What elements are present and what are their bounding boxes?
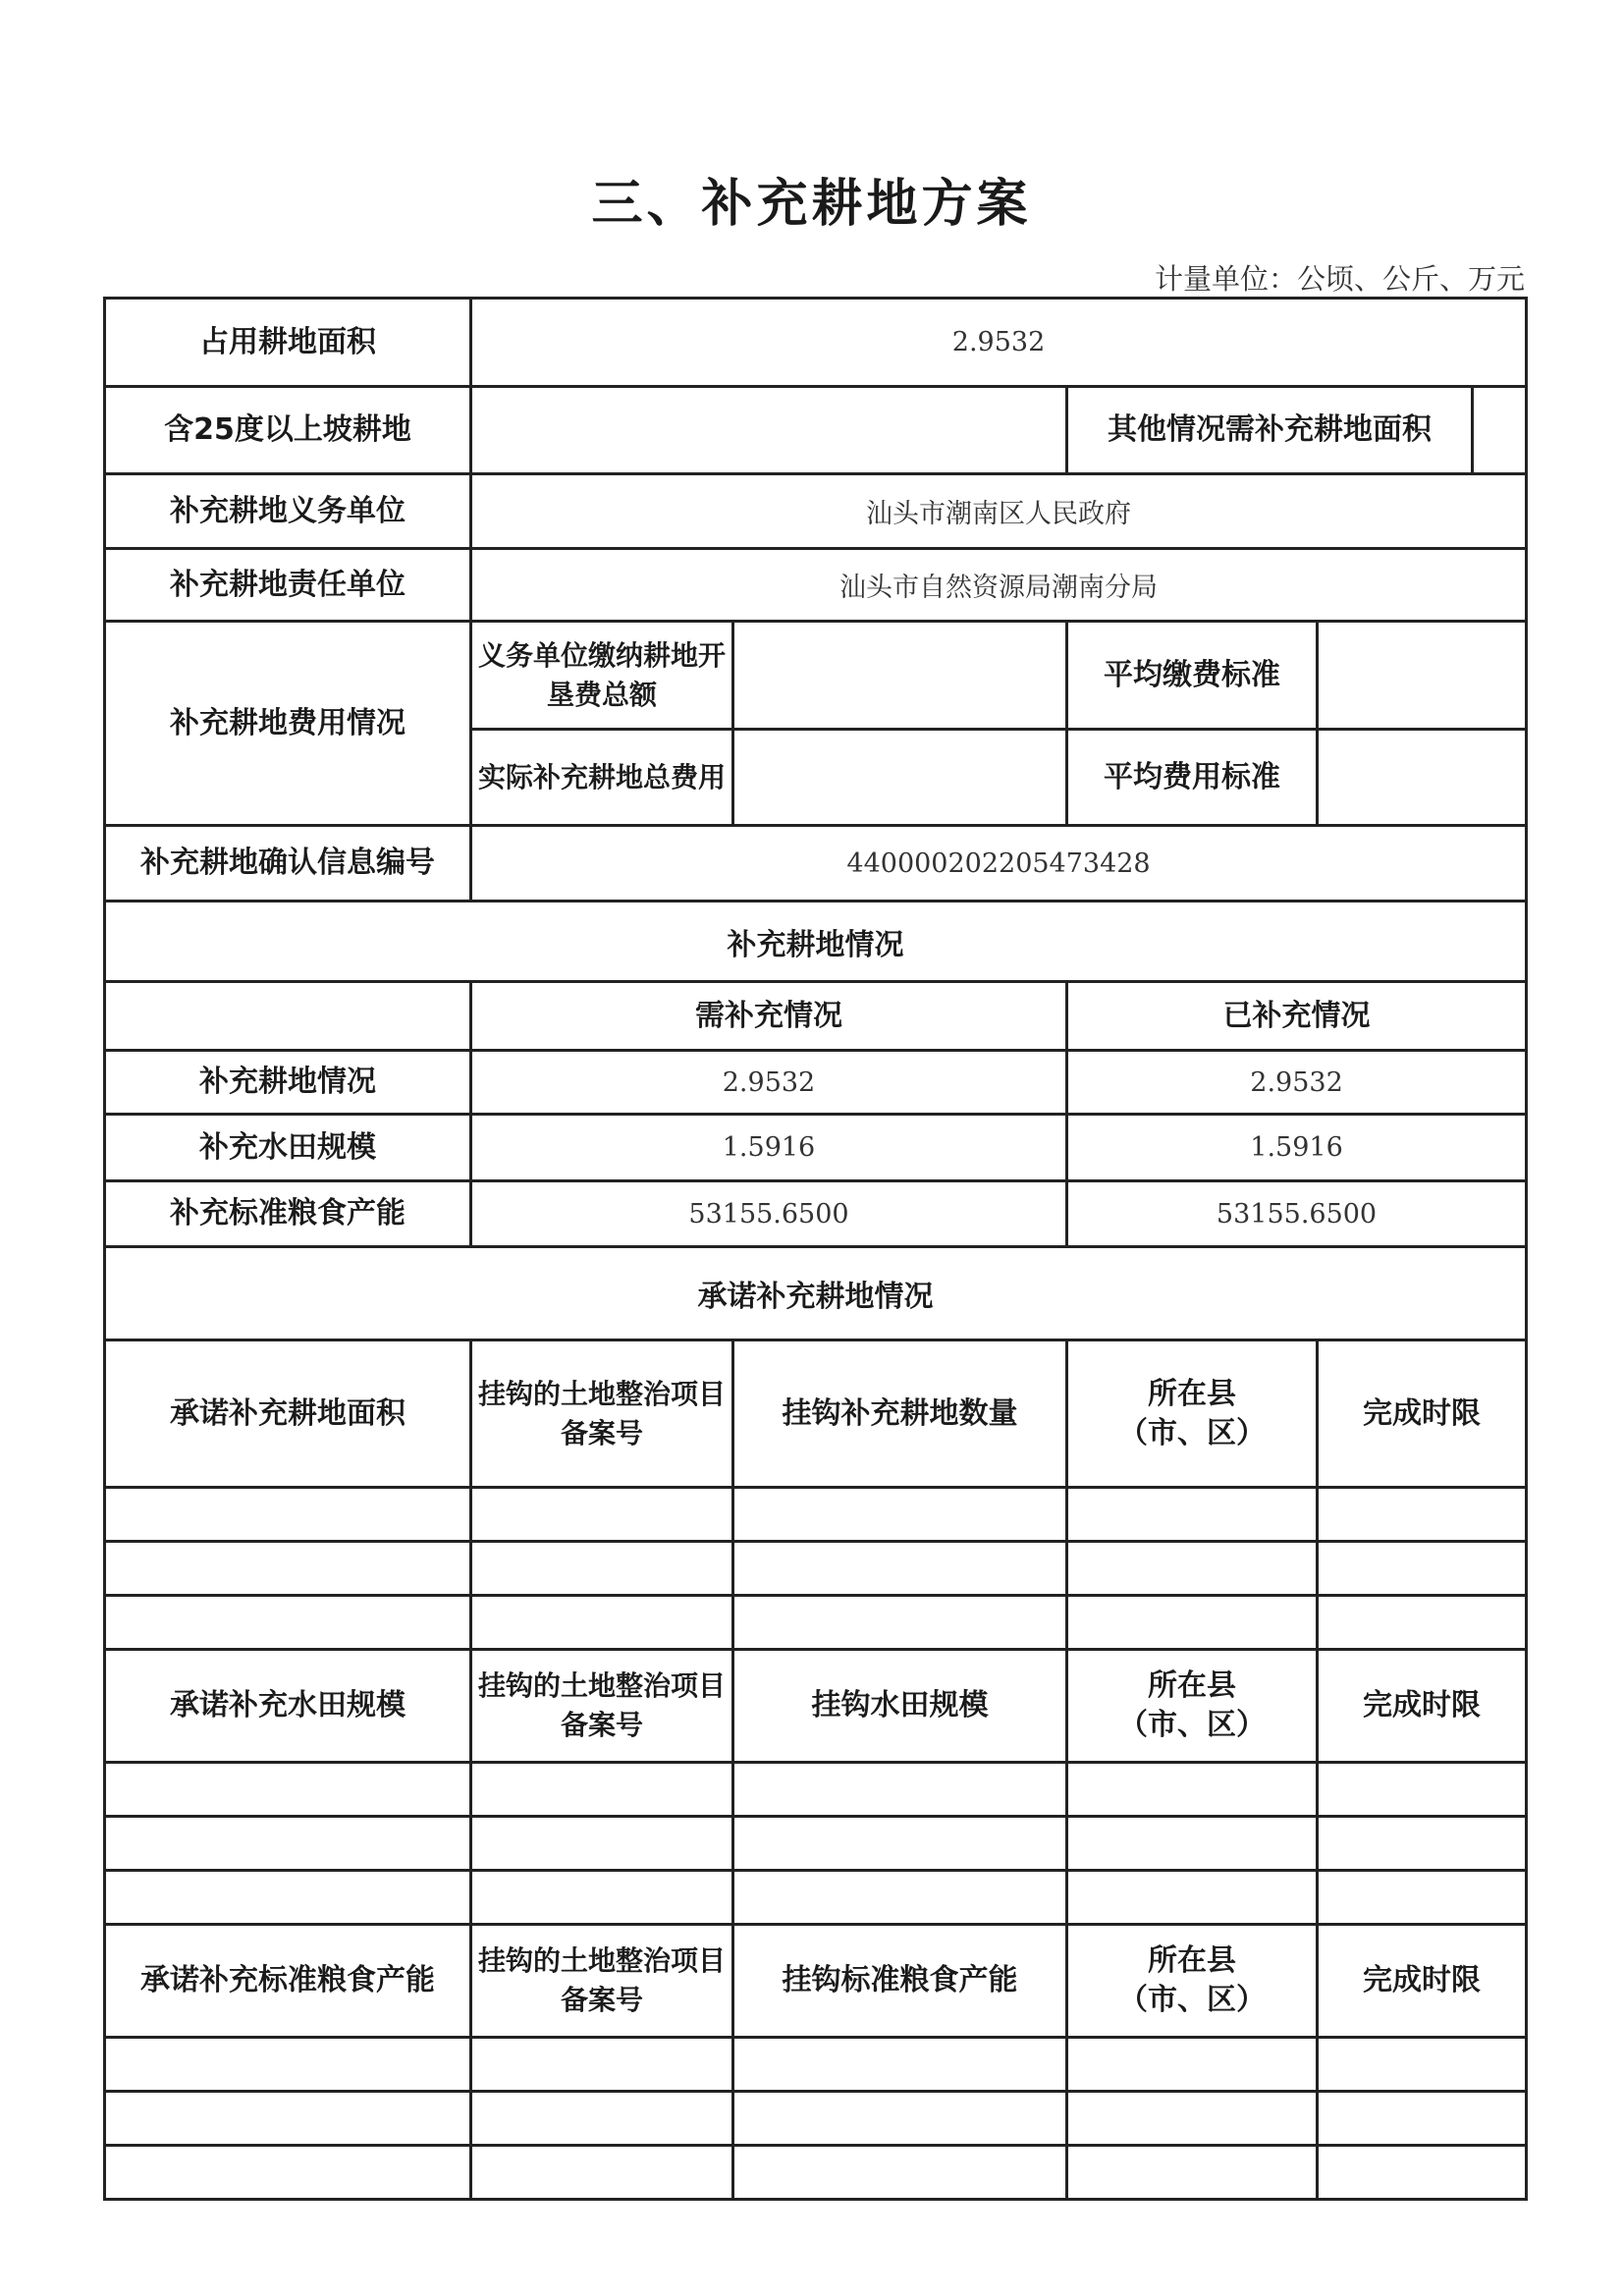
- value-actual-total: [733, 730, 1067, 826]
- commit-c4: 所在县（市、区）: [1067, 1650, 1318, 1763]
- commit-c4b: （市、区）: [1072, 1414, 1312, 1453]
- table-row: 补充标准粮食产能 53155.6500 53155.6500: [105, 1181, 1527, 1247]
- commit-c4b: （市、区）: [1072, 1981, 1312, 2020]
- row-situation-header: 补充耕地情况: [105, 902, 1527, 982]
- done-2: 53155.6500: [1067, 1181, 1527, 1247]
- commitment-group-header: 承诺补充水田规模 挂钩的土地整治项目备案号 挂钩水田规模 所在县（市、区） 完成…: [105, 1650, 1527, 1763]
- supplement-plan-table: 占用耕地面积 2.9532 含25度以上坡耕地 其他情况需补充耕地面积 补充耕地…: [103, 297, 1528, 2201]
- unit-note: 计量单位：公顷、公斤、万元: [1155, 257, 1525, 298]
- label-fees: 补充耕地费用情况: [105, 622, 471, 826]
- value-confirm-no: 440000202205473428: [471, 826, 1527, 902]
- empty-row: [105, 1542, 1527, 1596]
- page-title: 三、补充耕地方案: [0, 162, 1623, 236]
- commit-c1: 承诺补充耕地面积: [105, 1340, 471, 1488]
- value-slope-over-25: [471, 387, 1067, 474]
- empty-row: [105, 1871, 1527, 1925]
- label-situation-0: 补充耕地情况: [105, 1051, 471, 1115]
- col-needed: 需补充情况: [471, 982, 1067, 1051]
- empty-row: [105, 1763, 1527, 1817]
- row-responsible-unit: 补充耕地责任单位 汕头市自然资源局潮南分局: [105, 549, 1527, 622]
- row-confirm-no: 补充耕地确认信息编号 440000202205473428: [105, 826, 1527, 902]
- empty-row: [105, 1488, 1527, 1542]
- commit-c4a: 所在县: [1072, 1941, 1312, 1981]
- commit-c4: 所在县（市、区）: [1067, 1340, 1318, 1488]
- empty-row: [105, 1817, 1527, 1871]
- section-commitment-header: 承诺补充耕地情况: [105, 1247, 1527, 1340]
- commitment-group-header: 承诺补充标准粮食产能 挂钩的土地整治项目备案号 挂钩标准粮食产能 所在县（市、区…: [105, 1925, 1527, 2038]
- empty-row: [105, 2038, 1527, 2092]
- label-situation-2: 补充标准粮食产能: [105, 1181, 471, 1247]
- commit-c2: 挂钩的土地整治项目备案号: [471, 1340, 733, 1488]
- label-avg-cost-std: 平均费用标准: [1067, 730, 1318, 826]
- commit-c3: 挂钩补充耕地数量: [733, 1340, 1067, 1488]
- commit-c4a: 所在县: [1072, 1667, 1312, 1706]
- value-responsible-unit: 汕头市自然资源局潮南分局: [471, 549, 1527, 622]
- label-actual-total: 实际补充耕地总费用: [471, 730, 733, 826]
- value-avg-cost-std: [1318, 730, 1527, 826]
- commit-c3: 挂钩水田规模: [733, 1650, 1067, 1763]
- label-other-area: 其他情况需补充耕地面积: [1068, 388, 1474, 472]
- row-fee-paid: 补充耕地费用情况 义务单位缴纳耕地开垦费总额 平均缴费标准: [105, 622, 1527, 730]
- commit-c3: 挂钩标准粮食产能: [733, 1925, 1067, 2038]
- label-occupied-area: 占用耕地面积: [105, 299, 471, 387]
- table-row: 补充水田规模 1.5916 1.5916: [105, 1115, 1527, 1181]
- row-obligation-unit: 补充耕地义务单位 汕头市潮南区人民政府: [105, 474, 1527, 549]
- value-avg-paid-std: [1318, 622, 1527, 730]
- label-slope-over-25: 含25度以上坡耕地: [105, 387, 471, 474]
- commit-c4b: （市、区）: [1072, 1706, 1312, 1745]
- empty-row: [105, 1596, 1527, 1650]
- commit-c4: 所在县（市、区）: [1067, 1925, 1318, 2038]
- value-paid-total: [733, 622, 1067, 730]
- row-slope: 含25度以上坡耕地 其他情况需补充耕地面积: [105, 387, 1527, 474]
- col-done: 已补充情况: [1067, 982, 1527, 1051]
- blank-cell: [105, 982, 471, 1051]
- empty-row: [105, 2146, 1527, 2200]
- label-situation-1: 补充水田规模: [105, 1115, 471, 1181]
- done-1: 1.5916: [1067, 1115, 1527, 1181]
- needed-0: 2.9532: [471, 1051, 1067, 1115]
- value-obligation-unit: 汕头市潮南区人民政府: [471, 474, 1527, 549]
- commit-c2: 挂钩的土地整治项目备案号: [471, 1925, 733, 2038]
- empty-row: [105, 2092, 1527, 2146]
- done-0: 2.9532: [1067, 1051, 1527, 1115]
- needed-1: 1.5916: [471, 1115, 1067, 1181]
- label-obligation-unit: 补充耕地义务单位: [105, 474, 471, 549]
- commitment-group-header: 承诺补充耕地面积 挂钩的土地整治项目备案号 挂钩补充耕地数量 所在县（市、区） …: [105, 1340, 1527, 1488]
- row-situation-cols: 需补充情况 已补充情况: [105, 982, 1527, 1051]
- commit-c4a: 所在县: [1072, 1375, 1312, 1414]
- label-confirm-no: 补充耕地确认信息编号: [105, 826, 471, 902]
- commit-c1: 承诺补充标准粮食产能: [105, 1925, 471, 2038]
- section-situation-header: 补充耕地情况: [105, 902, 1527, 982]
- row-occupied-area: 占用耕地面积 2.9532: [105, 299, 1527, 387]
- value-occupied-area: 2.9532: [471, 299, 1527, 387]
- needed-2: 53155.6500: [471, 1181, 1067, 1247]
- commit-c5: 完成时限: [1318, 1340, 1527, 1488]
- row-commitment-header: 承诺补充耕地情况: [105, 1247, 1527, 1340]
- value-other-area: [1474, 388, 1525, 472]
- label-paid-total: 义务单位缴纳耕地开垦费总额: [471, 622, 733, 730]
- commit-c2: 挂钩的土地整治项目备案号: [471, 1650, 733, 1763]
- label-responsible-unit: 补充耕地责任单位: [105, 549, 471, 622]
- commit-c1: 承诺补充水田规模: [105, 1650, 471, 1763]
- label-avg-paid-std: 平均缴费标准: [1067, 622, 1318, 730]
- commit-c5: 完成时限: [1318, 1925, 1527, 2038]
- table-row: 补充耕地情况 2.9532 2.9532: [105, 1051, 1527, 1115]
- commit-c5: 完成时限: [1318, 1650, 1527, 1763]
